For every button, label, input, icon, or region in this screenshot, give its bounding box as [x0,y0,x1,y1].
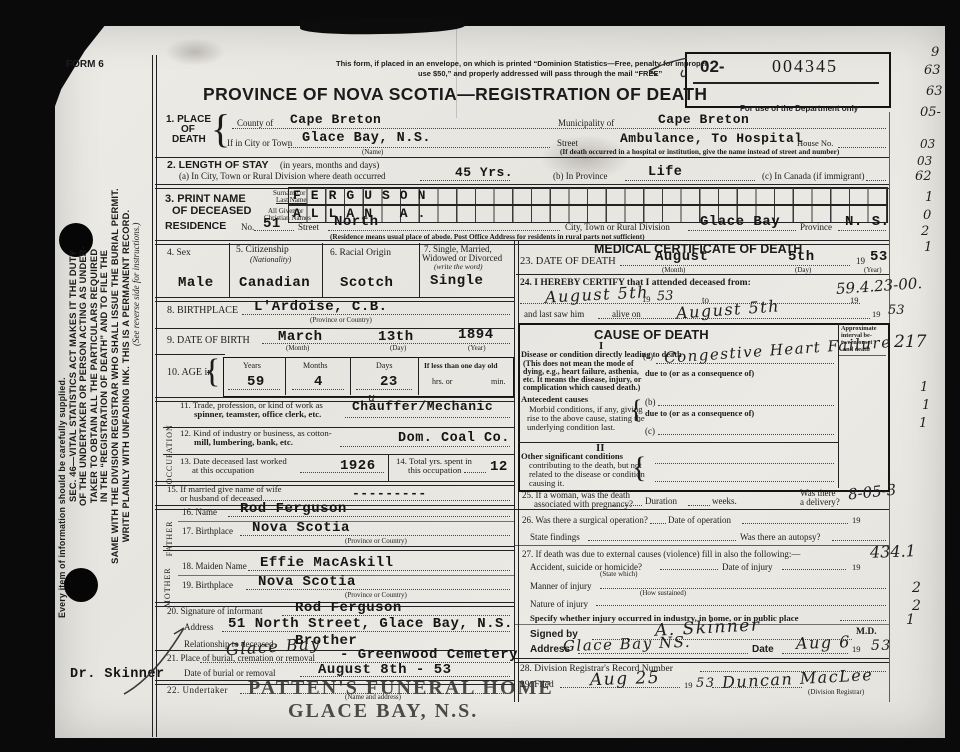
handwritten-note: 63 [924,64,941,78]
handwritten-note: 53 [696,677,716,691]
handwritten-note: 0 [923,209,931,223]
handwritten-note: 8-05-3 [847,483,897,504]
handwritten-note: Aug 25 [590,670,661,690]
handwritten-note: 2 [921,225,929,239]
death-certificate-scan: Every item of information should be care… [0,0,960,752]
handwritten-note: Glace Bay NS. [563,635,692,655]
handwritten-note: 2 [912,581,921,596]
handwritten-note: August 5th [676,298,781,322]
handwritten-note: 434.1 [870,543,916,561]
handwritten-note: 03 [917,155,932,168]
handwritten-note: August 5th [545,284,650,306]
handwritten-note: 05- [920,106,941,120]
handwritten-note: 53 [888,304,905,318]
handwritten-note: Congestive Heart Failure [664,335,892,367]
handwritten-note: 62 [915,170,932,184]
handwritten-note: 53 [871,639,892,654]
handwritten-note: u [368,392,375,404]
handwritten-note: 1 [919,417,927,431]
handwritten-note: 1 [906,613,915,628]
handwritten-note: 9 [931,46,939,60]
handwritten-note: 1 [925,191,933,205]
handwritten-note: 1 [920,381,928,395]
handwritten-note: 63 [926,85,943,99]
handwritten-note: 53 [657,290,674,304]
handwritten-note: 1 [924,241,932,255]
handwritten-note: Glace Bay [226,636,322,659]
handwritten-note: 59.4.23-00. [836,276,923,298]
handwritten-note: Aug 6 [796,634,851,653]
handwritten-note: 1 [922,399,930,413]
handwriting-layer: 9636305-030362102159.4.23-00.August 5th5… [0,0,960,752]
handwritten-note: 217 [894,334,926,352]
handwritten-note: Duncan MacLee [722,667,874,692]
handwritten-note: 03 [920,138,935,151]
